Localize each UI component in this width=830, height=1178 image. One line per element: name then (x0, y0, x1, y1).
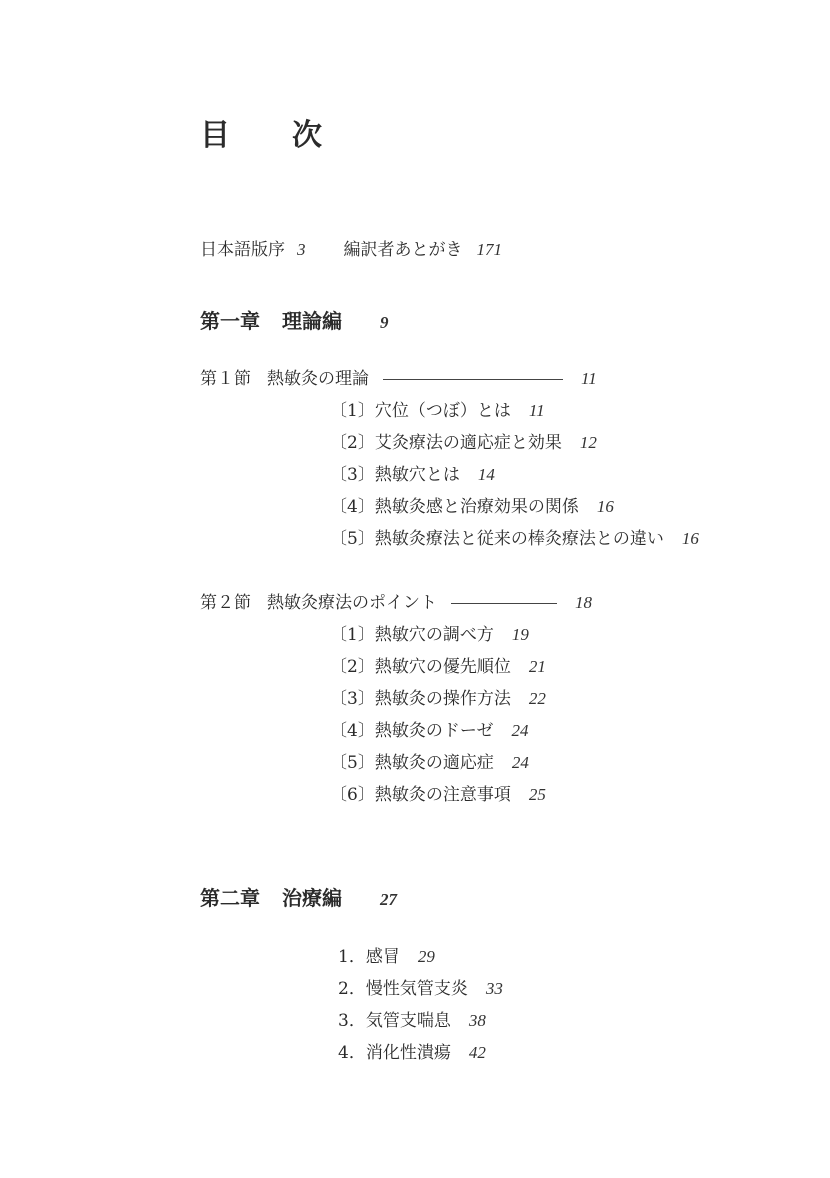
item-number: 4． (338, 1043, 366, 1063)
section-heading[interactable]: 第１節熱敏灸の理論11 (200, 369, 597, 389)
item-title: 穴位（つぼ）とは (375, 401, 511, 421)
item-number: 〔4〕 (330, 497, 375, 517)
chapter-label: 第一章 (200, 309, 260, 333)
toc-item[interactable]: 〔3〕熱敏灸の操作方法22 (330, 689, 546, 709)
item-page: 42 (469, 1043, 486, 1062)
front-matter-label[interactable]: 編訳者あとがき (344, 240, 463, 260)
toc-item[interactable]: 〔2〕熱敏穴の優先順位21 (330, 657, 546, 677)
item-page: 33 (486, 979, 503, 998)
item-page: 14 (478, 465, 495, 484)
toc-item[interactable]: 〔1〕穴位（つぼ）とは11 (330, 401, 545, 421)
toc-item[interactable]: 〔2〕艾灸療法の適応症と効果12 (330, 433, 597, 453)
title-char-2: 次 (292, 118, 322, 153)
toc-item[interactable]: 〔4〕熱敏灸のドーゼ24 (330, 721, 529, 741)
item-number: 〔5〕 (330, 753, 375, 773)
item-number: 〔1〕 (330, 625, 375, 645)
toc-item[interactable]: 4．消化性潰瘍42 (338, 1043, 486, 1063)
item-page: 19 (512, 625, 529, 644)
item-title: 艾灸療法の適応症と効果 (375, 433, 562, 453)
section-title: 熱敏灸の理論 (267, 369, 369, 389)
item-page: 38 (469, 1011, 486, 1030)
item-page: 11 (529, 401, 545, 420)
chapter-heading[interactable]: 第一章理論編9 (200, 305, 389, 334)
item-page: 25 (529, 785, 546, 804)
item-title: 熱敏灸療法と従来の棒灸療法との違い (375, 529, 664, 549)
item-page: 16 (597, 497, 614, 516)
toc-item[interactable]: 1．感冒29 (338, 947, 435, 967)
toc-item[interactable]: 2．慢性気管支炎33 (338, 979, 503, 999)
chapter-heading[interactable]: 第二章治療編27 (200, 882, 397, 911)
chapter-title: 治療編 (282, 886, 342, 910)
chapter-label: 第二章 (200, 886, 260, 910)
page-title: 目次 (200, 110, 322, 154)
item-number: 〔4〕 (330, 721, 375, 741)
item-title: 熱敏灸の操作方法 (375, 689, 511, 709)
item-number: 〔1〕 (330, 401, 375, 421)
item-title: 感冒 (366, 947, 400, 967)
toc-item[interactable]: 〔5〕熱敏灸療法と従来の棒灸療法との違い16 (330, 529, 699, 549)
section-label: 第２節 (200, 593, 251, 613)
item-page: 21 (529, 657, 546, 676)
section-page: 18 (575, 593, 592, 612)
toc-item[interactable]: 3．気管支喘息38 (338, 1011, 486, 1031)
front-matter: 日本語版序3編訳者あとがき171 (200, 240, 502, 260)
item-title: 熱敏灸の適応症 (375, 753, 494, 773)
leader-line (451, 603, 557, 604)
chapter-title: 理論編 (282, 309, 342, 333)
item-page: 12 (580, 433, 597, 452)
item-title: 熱敏穴とは (375, 465, 460, 485)
section-label: 第１節 (200, 369, 251, 389)
toc-item[interactable]: 〔5〕熱敏灸の適応症24 (330, 753, 529, 773)
item-title: 気管支喘息 (366, 1011, 451, 1031)
item-title: 慢性気管支炎 (366, 979, 468, 999)
item-title: 熱敏灸のドーゼ (375, 721, 494, 741)
item-number: 〔2〕 (330, 433, 375, 453)
item-page: 22 (529, 689, 546, 708)
title-char-1: 目 (200, 118, 230, 153)
item-number: 〔2〕 (330, 657, 375, 677)
chapter-page: 27 (380, 890, 397, 909)
item-title: 熱敏穴の調べ方 (375, 625, 494, 645)
item-title: 熱敏穴の優先順位 (375, 657, 511, 677)
item-title: 消化性潰瘍 (366, 1043, 451, 1063)
toc-item[interactable]: 〔3〕熱敏穴とは14 (330, 465, 495, 485)
item-number: 〔6〕 (330, 785, 375, 805)
chapter-page: 9 (380, 313, 389, 332)
section-heading[interactable]: 第２節熱敏灸療法のポイント18 (200, 593, 592, 613)
item-page: 29 (418, 947, 435, 966)
front-matter-page: 3 (297, 240, 306, 259)
section-title: 熱敏灸療法のポイント (267, 593, 437, 613)
item-page: 24 (512, 753, 529, 772)
item-number: 〔5〕 (330, 529, 375, 549)
toc-item[interactable]: 〔4〕熱敏灸感と治療効果の関係16 (330, 497, 614, 517)
item-number: 3． (338, 1011, 366, 1031)
item-page: 16 (682, 529, 699, 548)
toc-item[interactable]: 〔1〕熱敏穴の調べ方19 (330, 625, 529, 645)
item-number: 2． (338, 979, 366, 999)
item-title: 熱敏灸の注意事項 (375, 785, 511, 805)
section-page: 11 (581, 369, 597, 388)
toc-item[interactable]: 〔6〕熱敏灸の注意事項25 (330, 785, 546, 805)
front-matter-label[interactable]: 日本語版序 (200, 240, 285, 260)
front-matter-page: 171 (477, 240, 503, 259)
item-number: 〔3〕 (330, 465, 375, 485)
item-number: 〔3〕 (330, 689, 375, 709)
item-number: 1． (338, 947, 366, 967)
leader-line (383, 379, 563, 380)
item-page: 24 (512, 721, 529, 740)
item-title: 熱敏灸感と治療効果の関係 (375, 497, 579, 517)
